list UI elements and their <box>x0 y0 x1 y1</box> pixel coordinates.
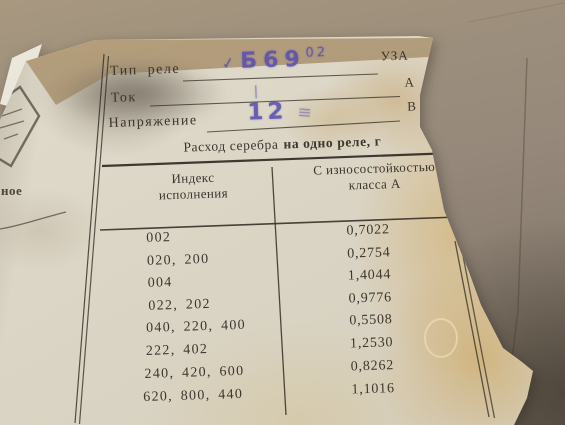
relay-type-label: Тип реле <box>110 62 181 80</box>
stamp-smudge: ≡ <box>297 102 313 123</box>
table-title: Расход серебра на одно реле, г <box>117 131 447 157</box>
table-row-value: 0,2754 <box>289 243 449 264</box>
photo-scene: ное Тип реле ✓Б6902 УЗА <box>0 0 565 425</box>
table-row-index: 040, 220, 400 <box>146 318 246 337</box>
checkmark-stamp: ✓ <box>220 53 235 73</box>
table-row-value: 1,1016 <box>293 379 453 400</box>
voltage-stamped-value: 12≡ <box>247 98 312 126</box>
table-row-index: 240, 420, 600 <box>144 364 244 383</box>
relay-type-suffix: УЗА <box>380 48 408 65</box>
table-row-value: 0,7022 <box>288 220 448 241</box>
document-paper: ное Тип реле ✓Б6902 УЗА <box>0 0 565 425</box>
table-row-index: 004 <box>147 275 172 292</box>
table-row-index: 222, 402 <box>146 342 209 360</box>
current-stamp-tick: | <box>254 84 259 99</box>
table-row-index: 022, 202 <box>148 297 211 315</box>
relay-form: Тип реле ✓Б6902 УЗА Ток | А Напряжение 1… <box>0 0 565 425</box>
table-row-value: 1,4044 <box>289 265 449 286</box>
table-row-value: 0,5508 <box>291 310 451 331</box>
paper-sheet: ное Тип реле ✓Б6902 УЗА <box>0 0 565 425</box>
voltage-label: Напряжение <box>108 113 197 132</box>
table-row-value: 0,8262 <box>292 356 452 377</box>
table-row-value: 1,2530 <box>292 333 452 354</box>
voltage-unit: В <box>407 98 417 114</box>
column-header-index: Индекс исполнения <box>115 168 271 205</box>
table-row-index: 620, 800, 440 <box>143 387 243 406</box>
current-label: Ток <box>111 90 137 107</box>
current-unit: А <box>404 74 415 90</box>
table-row-index: 020, 200 <box>147 252 210 270</box>
relay-type-stamped-value: ✓Б6902 <box>221 45 328 74</box>
table-row-value: 0,9776 <box>290 288 450 309</box>
column-header-wear-class: С износостойкостью класса А <box>289 158 460 195</box>
table-row-index: 002 <box>146 230 171 247</box>
